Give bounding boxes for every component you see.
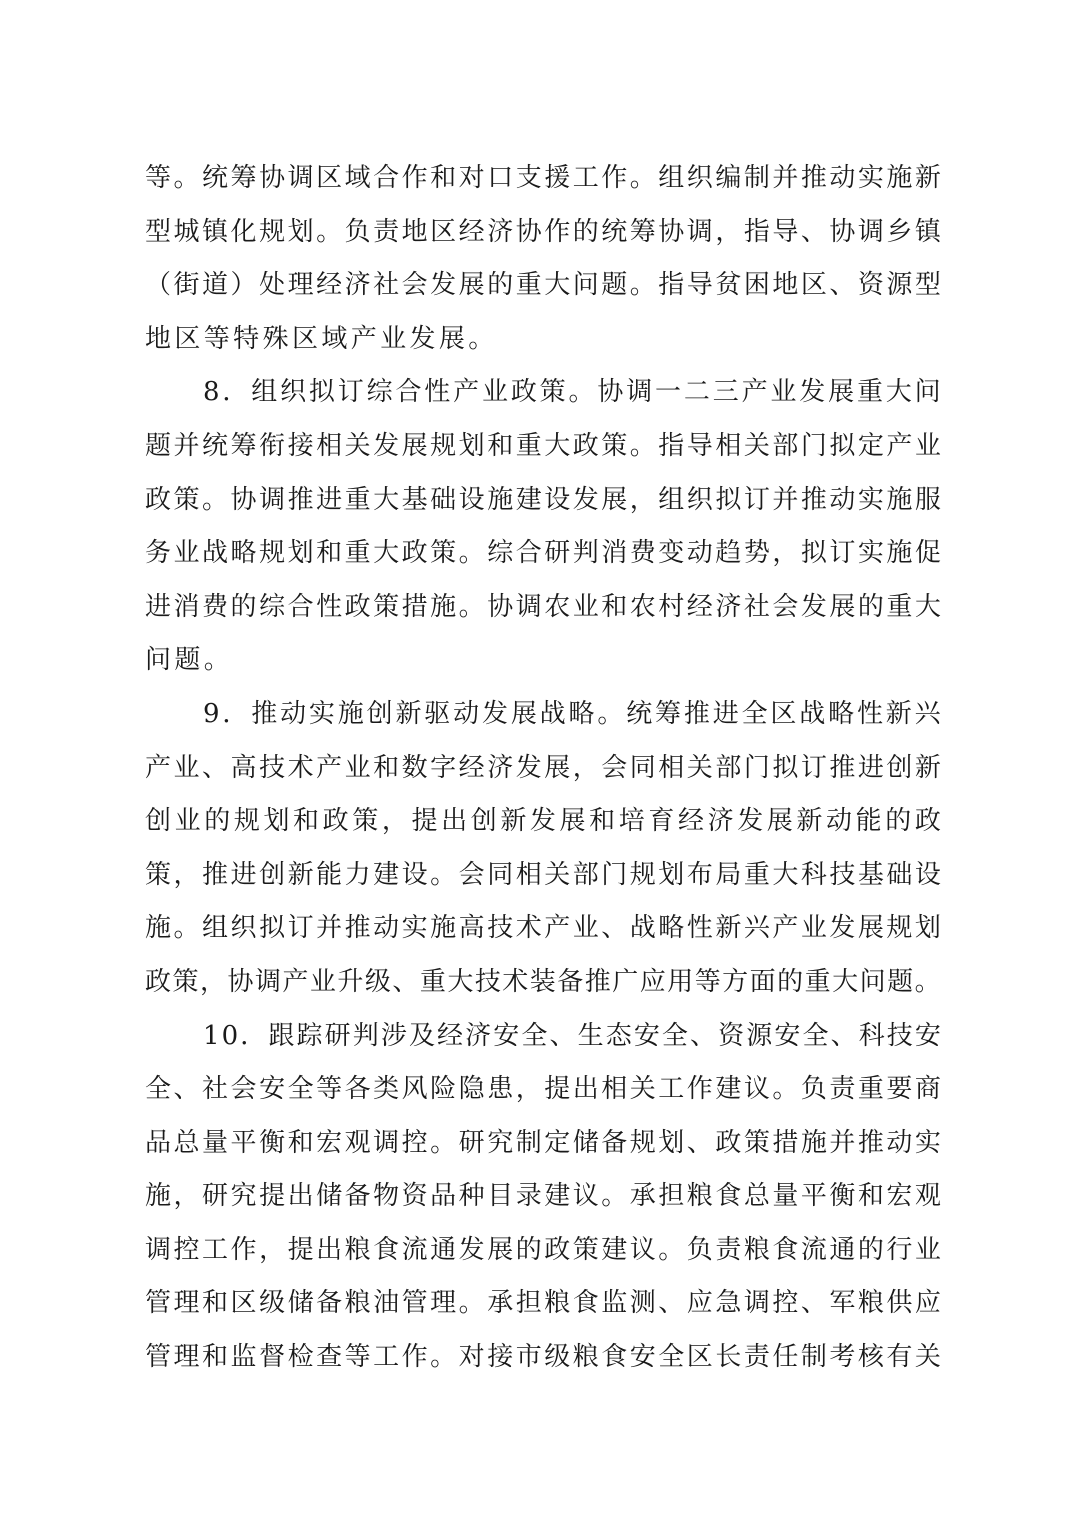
- text-line: 务业战略规划和重大政策。综合研判消费变动趋势，拟订实施促: [145, 527, 941, 581]
- paragraph-item-8: 8．组织拟订综合性产业政策。协调一二三产业发展重大问 题并统筹衔接相关发展规划和…: [145, 366, 941, 688]
- text-line: 问题。: [145, 634, 941, 688]
- paragraph-item-10: 10．跟踪研判涉及经济安全、生态安全、资源安全、科技安 全、社会安全等各类风险隐…: [145, 1010, 941, 1385]
- text-line: （街道）处理经济社会发展的重大问题。指导贫困地区、资源型: [145, 259, 941, 313]
- text-line: 8．组织拟订综合性产业政策。协调一二三产业发展重大问: [145, 366, 941, 420]
- document-page: 等。统筹协调区域合作和对口支援工作。组织编制并推动实施新 型城镇化规划。负责地区…: [145, 152, 941, 1385]
- text-line: 10．跟踪研判涉及经济安全、生态安全、资源安全、科技安: [145, 1010, 941, 1064]
- text-line: 调控工作，提出粮食流通发展的政策建议。负责粮食流通的行业: [145, 1224, 941, 1278]
- text-line: 全、社会安全等各类风险隐患，提出相关工作建议。负责重要商: [145, 1063, 941, 1117]
- paragraph-item-9: 9．推动实施创新驱动发展战略。统筹推进全区战略性新兴 产业、高技术产业和数字经济…: [145, 688, 941, 1010]
- text-line: 进消费的综合性政策措施。协调农业和农村经济社会发展的重大: [145, 581, 941, 635]
- text-line: 题并统筹衔接相关发展规划和重大政策。指导相关部门拟定产业: [145, 420, 941, 474]
- text-line: 施。组织拟订并推动实施高技术产业、战略性新兴产业发展规划: [145, 902, 941, 956]
- text-line: 管理和监督检查等工作。对接市级粮食安全区长责任制考核有关: [145, 1331, 941, 1385]
- text-line: 9．推动实施创新驱动发展战略。统筹推进全区战略性新兴: [145, 688, 941, 742]
- text-line: 策，推进创新能力建设。会同相关部门规划布局重大科技基础设: [145, 849, 941, 903]
- text-line: 政策。协调推进重大基础设施建设发展，组织拟订并推动实施服: [145, 474, 941, 528]
- text-line: 等。统筹协调区域合作和对口支援工作。组织编制并推动实施新: [145, 152, 941, 206]
- text-line: 管理和区级储备粮油管理。承担粮食监测、应急调控、军粮供应: [145, 1277, 941, 1331]
- text-line: 品总量平衡和宏观调控。研究制定储备规划、政策措施并推动实: [145, 1117, 941, 1171]
- text-line: 创业的规划和政策，提出创新发展和培育经济发展新动能的政: [145, 795, 941, 849]
- paragraph-continuation: 等。统筹协调区域合作和对口支援工作。组织编制并推动实施新 型城镇化规划。负责地区…: [145, 152, 941, 366]
- text-line: 施，研究提出储备物资品种目录建议。承担粮食总量平衡和宏观: [145, 1170, 941, 1224]
- text-line: 产业、高技术产业和数字经济发展，会同相关部门拟订推进创新: [145, 742, 941, 796]
- text-line: 型城镇化规划。负责地区经济协作的统筹协调，指导、协调乡镇: [145, 206, 941, 260]
- text-line: 政策，协调产业升级、重大技术装备推广应用等方面的重大问题。: [145, 956, 941, 1010]
- text-line: 地区等特殊区域产业发展。: [145, 313, 941, 367]
